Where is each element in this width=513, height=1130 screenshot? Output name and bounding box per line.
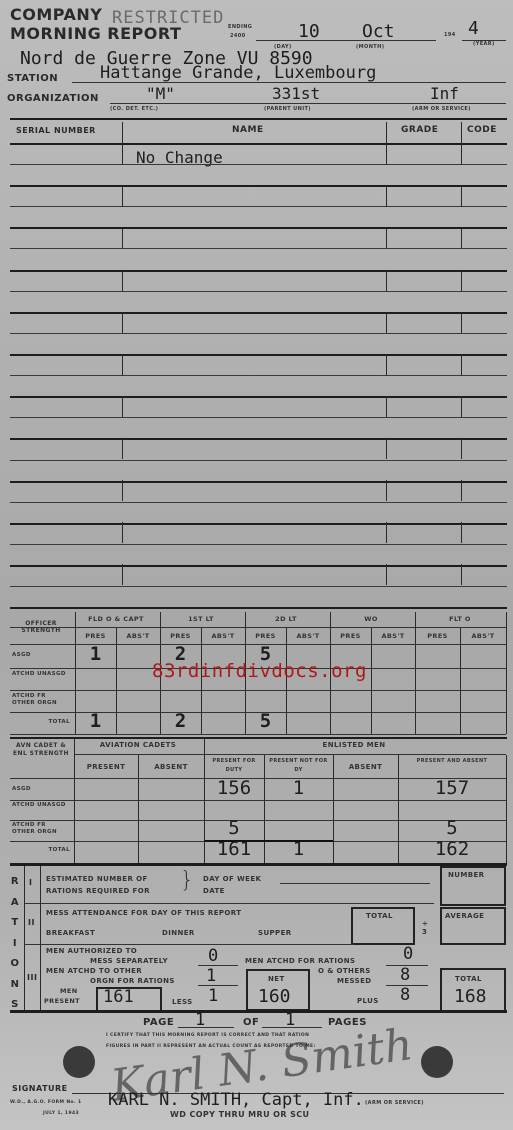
roster-col-name: NAME (232, 125, 264, 135)
roster-row-rule (10, 417, 507, 418)
officer-subcol-abst: ABS'T (201, 632, 245, 640)
enlisted-cell-value: 157 (398, 777, 506, 799)
less-label: LESS (172, 998, 193, 1006)
o-others-value: 8 (400, 965, 410, 985)
rations-section-2-rule (24, 944, 354, 945)
roster-row-rule (10, 502, 507, 503)
roster-column-divider (461, 354, 462, 375)
footer-arm-caption: (ARM OR SERVICE) (365, 1100, 424, 1106)
enlisted-col-header: PRESENT (74, 762, 138, 772)
officer-subcol-abst: ABS'T (286, 632, 330, 640)
punch-hole-left (63, 1046, 95, 1078)
rations-side-letter: N (9, 975, 21, 996)
organization-label: ORGANIZATION (7, 93, 99, 104)
roster-row-rule (10, 164, 507, 165)
roster-column-divider (461, 228, 462, 249)
grand-total-label: TOTAL (455, 975, 482, 983)
officer-subcol-abst: ABS'T (116, 632, 160, 640)
officer-subcol-pres: PRES (160, 632, 201, 640)
roster-column-divider (122, 564, 123, 585)
roster-column-divider (122, 186, 123, 207)
report-year: 4 (468, 18, 479, 39)
roster-column-divider (461, 438, 462, 459)
officer-row-label: ATCHD UNASGD (12, 671, 70, 678)
officer-group-2d-lt: 2D LT (245, 615, 327, 623)
ending-label: ENDING (228, 24, 252, 30)
rations-section-1-rule (24, 903, 434, 904)
organization-arm: Inf (430, 84, 459, 103)
roster-row-rule (10, 248, 507, 249)
date-label: DATE (203, 887, 225, 895)
roster-row-rule (10, 312, 507, 314)
enlisted-men-header: ENLISTED MEN (204, 741, 504, 749)
net-value: 160 (258, 986, 291, 1007)
rations-top-rule (10, 863, 507, 866)
supper-label: SUPPER (258, 929, 292, 937)
average-label: AVERAGE (445, 912, 484, 920)
roster-row-rule (10, 375, 507, 376)
enlisted-row-label: ATCHD UNASGD (12, 802, 70, 809)
roster-column-divider (461, 122, 462, 165)
officer-subcol-pres: PRES (245, 632, 286, 640)
rations-section-1-number: I (29, 878, 32, 887)
roster-column-divider (122, 522, 123, 543)
rations-side-letter: A (9, 893, 21, 914)
roster-column-divider (461, 564, 462, 585)
aviation-cadets-header: AVIATION CADETS (74, 741, 202, 749)
day-of-week-label: DAY OF WEEK (203, 875, 261, 883)
officer-cell-value: 2 (160, 710, 201, 732)
roster-row-rule (10, 438, 507, 440)
of-label: OF (243, 1017, 259, 1028)
roster-row-rule (10, 544, 507, 545)
enlisted-col-header: ABSENT (333, 762, 398, 772)
roster-column-divider (386, 522, 387, 543)
roster-col-code: CODE (467, 125, 497, 135)
officer-cell-value: 5 (245, 710, 286, 732)
roster-column-divider (461, 186, 462, 207)
company-caption: (CO. DET. ETC.) (110, 106, 158, 112)
roster-column-divider (386, 228, 387, 249)
roster-row-rule (10, 185, 507, 187)
rations-side-letter: I (9, 934, 21, 955)
enlisted-cell-value: 156 (204, 777, 264, 799)
officer-cell-value: 1 (75, 710, 116, 732)
men-atchd-other-value: 1 (206, 966, 216, 986)
men-present-label-a: MEN (60, 987, 78, 995)
page-total: 1 (285, 1010, 295, 1030)
o-others-label-a: O & OTHERS (318, 967, 371, 975)
form-title-morning-report: MORNING REPORT (10, 24, 181, 43)
station-label: STATION (7, 73, 58, 84)
officer-row-label: ATCHD FR OTHER ORGN (12, 693, 70, 707)
arm-caption: (ARM OR SERVICE) (412, 106, 471, 112)
morning-report-document: COMPANY RESTRICTED MORNING REPORT ENDING… (0, 0, 513, 1130)
enlisted-col-header: PRESENT FOR DUTY (204, 757, 264, 775)
officer-row-rule (10, 734, 506, 735)
enlisted-top-rule (10, 737, 507, 739)
officer-subcol-abst: ABS'T (460, 632, 506, 640)
enlisted-strength-title: AVN CADET & ENL STRENGTH (10, 742, 72, 758)
rations-section-2-number: II (28, 918, 35, 927)
total-label: TOTAL (366, 912, 393, 920)
page-label: PAGE (143, 1017, 174, 1028)
form-id: W.D., A.G.O. FORM No. 1 (10, 1100, 82, 1105)
plus-label: PLUS (357, 997, 379, 1005)
enlisted-col-header: ABSENT (138, 762, 204, 772)
o-others-label-b: MESSED (337, 977, 372, 985)
enlisted-cell-value: 1 (264, 777, 333, 799)
officer-row-label: TOTAL (12, 719, 74, 726)
roster-column-divider (122, 354, 123, 375)
enlisted-cell-value: 162 (398, 838, 506, 860)
roster-row-rule (10, 481, 507, 483)
roster-column-divider (122, 396, 123, 417)
form-date: JULY 1, 1943 (43, 1111, 79, 1116)
roster-column-divider (386, 122, 387, 165)
roster-column-divider (461, 270, 462, 291)
mess-attendance-label: MESS ATTENDANCE FOR DAY OF THIS REPORT (46, 909, 241, 917)
roster-column-divider (386, 312, 387, 333)
roster-column-divider (461, 522, 462, 543)
ending-time: 2400 (230, 33, 246, 39)
rations-estimated-label-b: RATIONS REQUIRED FOR (46, 887, 150, 895)
officer-group-1st-lt: 1ST LT (160, 615, 242, 623)
roster-header-rule (10, 143, 507, 145)
grand-total-value: 168 (454, 986, 487, 1007)
men-atchd-other-label-a: MEN ATCHD TO OTHER (46, 967, 142, 975)
roster-row-rule (10, 396, 507, 398)
officer-row-rule (10, 690, 506, 691)
page-num-field (178, 1027, 234, 1028)
roster-column-divider (122, 122, 123, 165)
rations-bottom-rule (10, 1010, 507, 1013)
roster-column-divider (386, 564, 387, 585)
men-atchd-for-rations-value: 0 (403, 944, 413, 964)
roster-row-rule (10, 565, 507, 567)
roster-column-divider (461, 312, 462, 333)
roster-column-divider (122, 312, 123, 333)
officer-group-flt-o: FLT O (415, 615, 505, 623)
roster-column-divider (122, 438, 123, 459)
officer-top-rule (10, 607, 507, 609)
roster-row-rule (10, 227, 507, 229)
rations-estimated-label-a: ESTIMATED NUMBER OF (46, 875, 148, 883)
officer-column-divider (506, 612, 507, 734)
less-value: 1 (208, 986, 218, 1006)
rations-side-letter: R (9, 872, 21, 893)
enlisted-col-header: PRESENT AND ABSENT (398, 757, 506, 766)
men-authorized-label-b: MESS SEPARATELY (90, 957, 168, 965)
roster-column-divider (122, 228, 123, 249)
officer-group-wo: WO (330, 615, 412, 623)
roster-column-divider (386, 396, 387, 417)
parent-caption: (PARENT UNIT) (264, 106, 311, 112)
men-atchd-for-rations-label: MEN ATCHD FOR RATIONS (245, 957, 355, 965)
enlisted-column-divider (506, 755, 507, 863)
report-day: 10 (298, 21, 320, 42)
roster-top-rule (10, 118, 507, 120)
roster-col-serial: SERIAL NUMBER (16, 126, 96, 135)
roster-row-rule (10, 291, 507, 292)
roster-row-rule (10, 270, 507, 272)
men-present-label-b: PRESENT (44, 997, 80, 1005)
enlisted-column-divider (74, 739, 75, 863)
rations-section-3-number: III (27, 973, 37, 982)
day-of-week-field[interactable] (280, 883, 430, 884)
signer-name: KARL N. SMITH, Capt, Inf. (108, 1090, 364, 1110)
rations-side-divider (24, 866, 25, 1011)
enlisted-cell-value: 5 (204, 817, 264, 839)
roster-column-divider (122, 480, 123, 501)
divide-by-three: ÷ 3 (422, 920, 432, 936)
routing-note: WD COPY THRU MRU OR SCU (170, 1110, 309, 1119)
roster-column-divider (461, 480, 462, 501)
roster-column-divider (122, 270, 123, 291)
men-present-value: 161 (103, 987, 134, 1007)
enlisted-col-header: PRESENT NOT FOR DY (264, 757, 333, 775)
officer-subcol-pres: PRES (330, 632, 371, 640)
roster-column-divider (386, 438, 387, 459)
officer-subcol-abst: ABS'T (371, 632, 415, 640)
officer-subcol-pres: PRES (75, 632, 116, 640)
roster-row-rule (10, 460, 507, 461)
men-atchd-other-label-b: ORGN FOR RATIONS (90, 977, 175, 985)
punch-hole-right (421, 1046, 453, 1078)
rations-side-label: RATIONS (9, 872, 21, 1016)
rations-num-divider (40, 866, 41, 1011)
officer-row-label: ASGD (12, 652, 70, 659)
watermark: 83rdinfdivdocs.org (152, 660, 367, 682)
signature-label: SIGNATURE (12, 1084, 68, 1093)
enlisted-row-label: ATCHD FR OTHER ORGN (12, 822, 70, 836)
date-underline (256, 40, 436, 41)
roster-column-divider (386, 270, 387, 291)
enlisted-row-rule (10, 800, 506, 801)
dinner-label: DINNER (162, 929, 195, 937)
organization-company: "M" (146, 84, 175, 103)
enlisted-cell-value: 5 (398, 817, 506, 839)
men-authorized-value: 0 (208, 946, 218, 966)
breakfast-label: BREAKFAST (46, 929, 95, 937)
enlisted-total-rule (204, 840, 333, 842)
plus-value: 8 (400, 985, 410, 1005)
report-month: Oct (362, 21, 395, 42)
rations-side-letter: T (9, 913, 21, 934)
enlisted-row-label: ASGD (12, 786, 70, 793)
brace-icon: } (180, 868, 194, 893)
rations-side-letter: O (9, 954, 21, 975)
roster-row-rule (10, 523, 507, 525)
organization-parent-unit: 331st (272, 84, 320, 103)
men-authorized-label-a: MEN AUTHORIZED TO (46, 947, 137, 955)
roster-row-rule (10, 586, 507, 587)
month-caption: (MONTH) (356, 44, 384, 50)
officer-column-divider (415, 612, 416, 734)
officer-cell-value: 1 (75, 643, 116, 665)
enlisted-row-label: TOTAL (12, 847, 74, 854)
roster-column-divider (386, 186, 387, 207)
roster-row-rule (10, 333, 507, 334)
roster-column-divider (386, 354, 387, 375)
form-title-company: COMPANY (10, 5, 102, 24)
organization-underline (110, 103, 506, 104)
officer-group-fld-o-capt: FLD O & CAPT (75, 615, 157, 623)
roster-row-rule (10, 206, 507, 207)
roster-row-rule (10, 354, 507, 356)
roster-col-grade: GRADE (401, 125, 438, 135)
net-label: NET (268, 975, 285, 983)
year-prefix: 194 (444, 32, 456, 38)
station-value: Hattange Grande, Luxembourg (100, 63, 376, 83)
year-caption: (YEAR) (473, 41, 495, 47)
number-label: NUMBER (448, 871, 484, 879)
roster-column-divider (386, 480, 387, 501)
page-num: 1 (195, 1010, 205, 1030)
officer-group-rule (10, 627, 506, 628)
officer-subcol-pres: PRES (415, 632, 460, 640)
roster-column-divider (461, 396, 462, 417)
